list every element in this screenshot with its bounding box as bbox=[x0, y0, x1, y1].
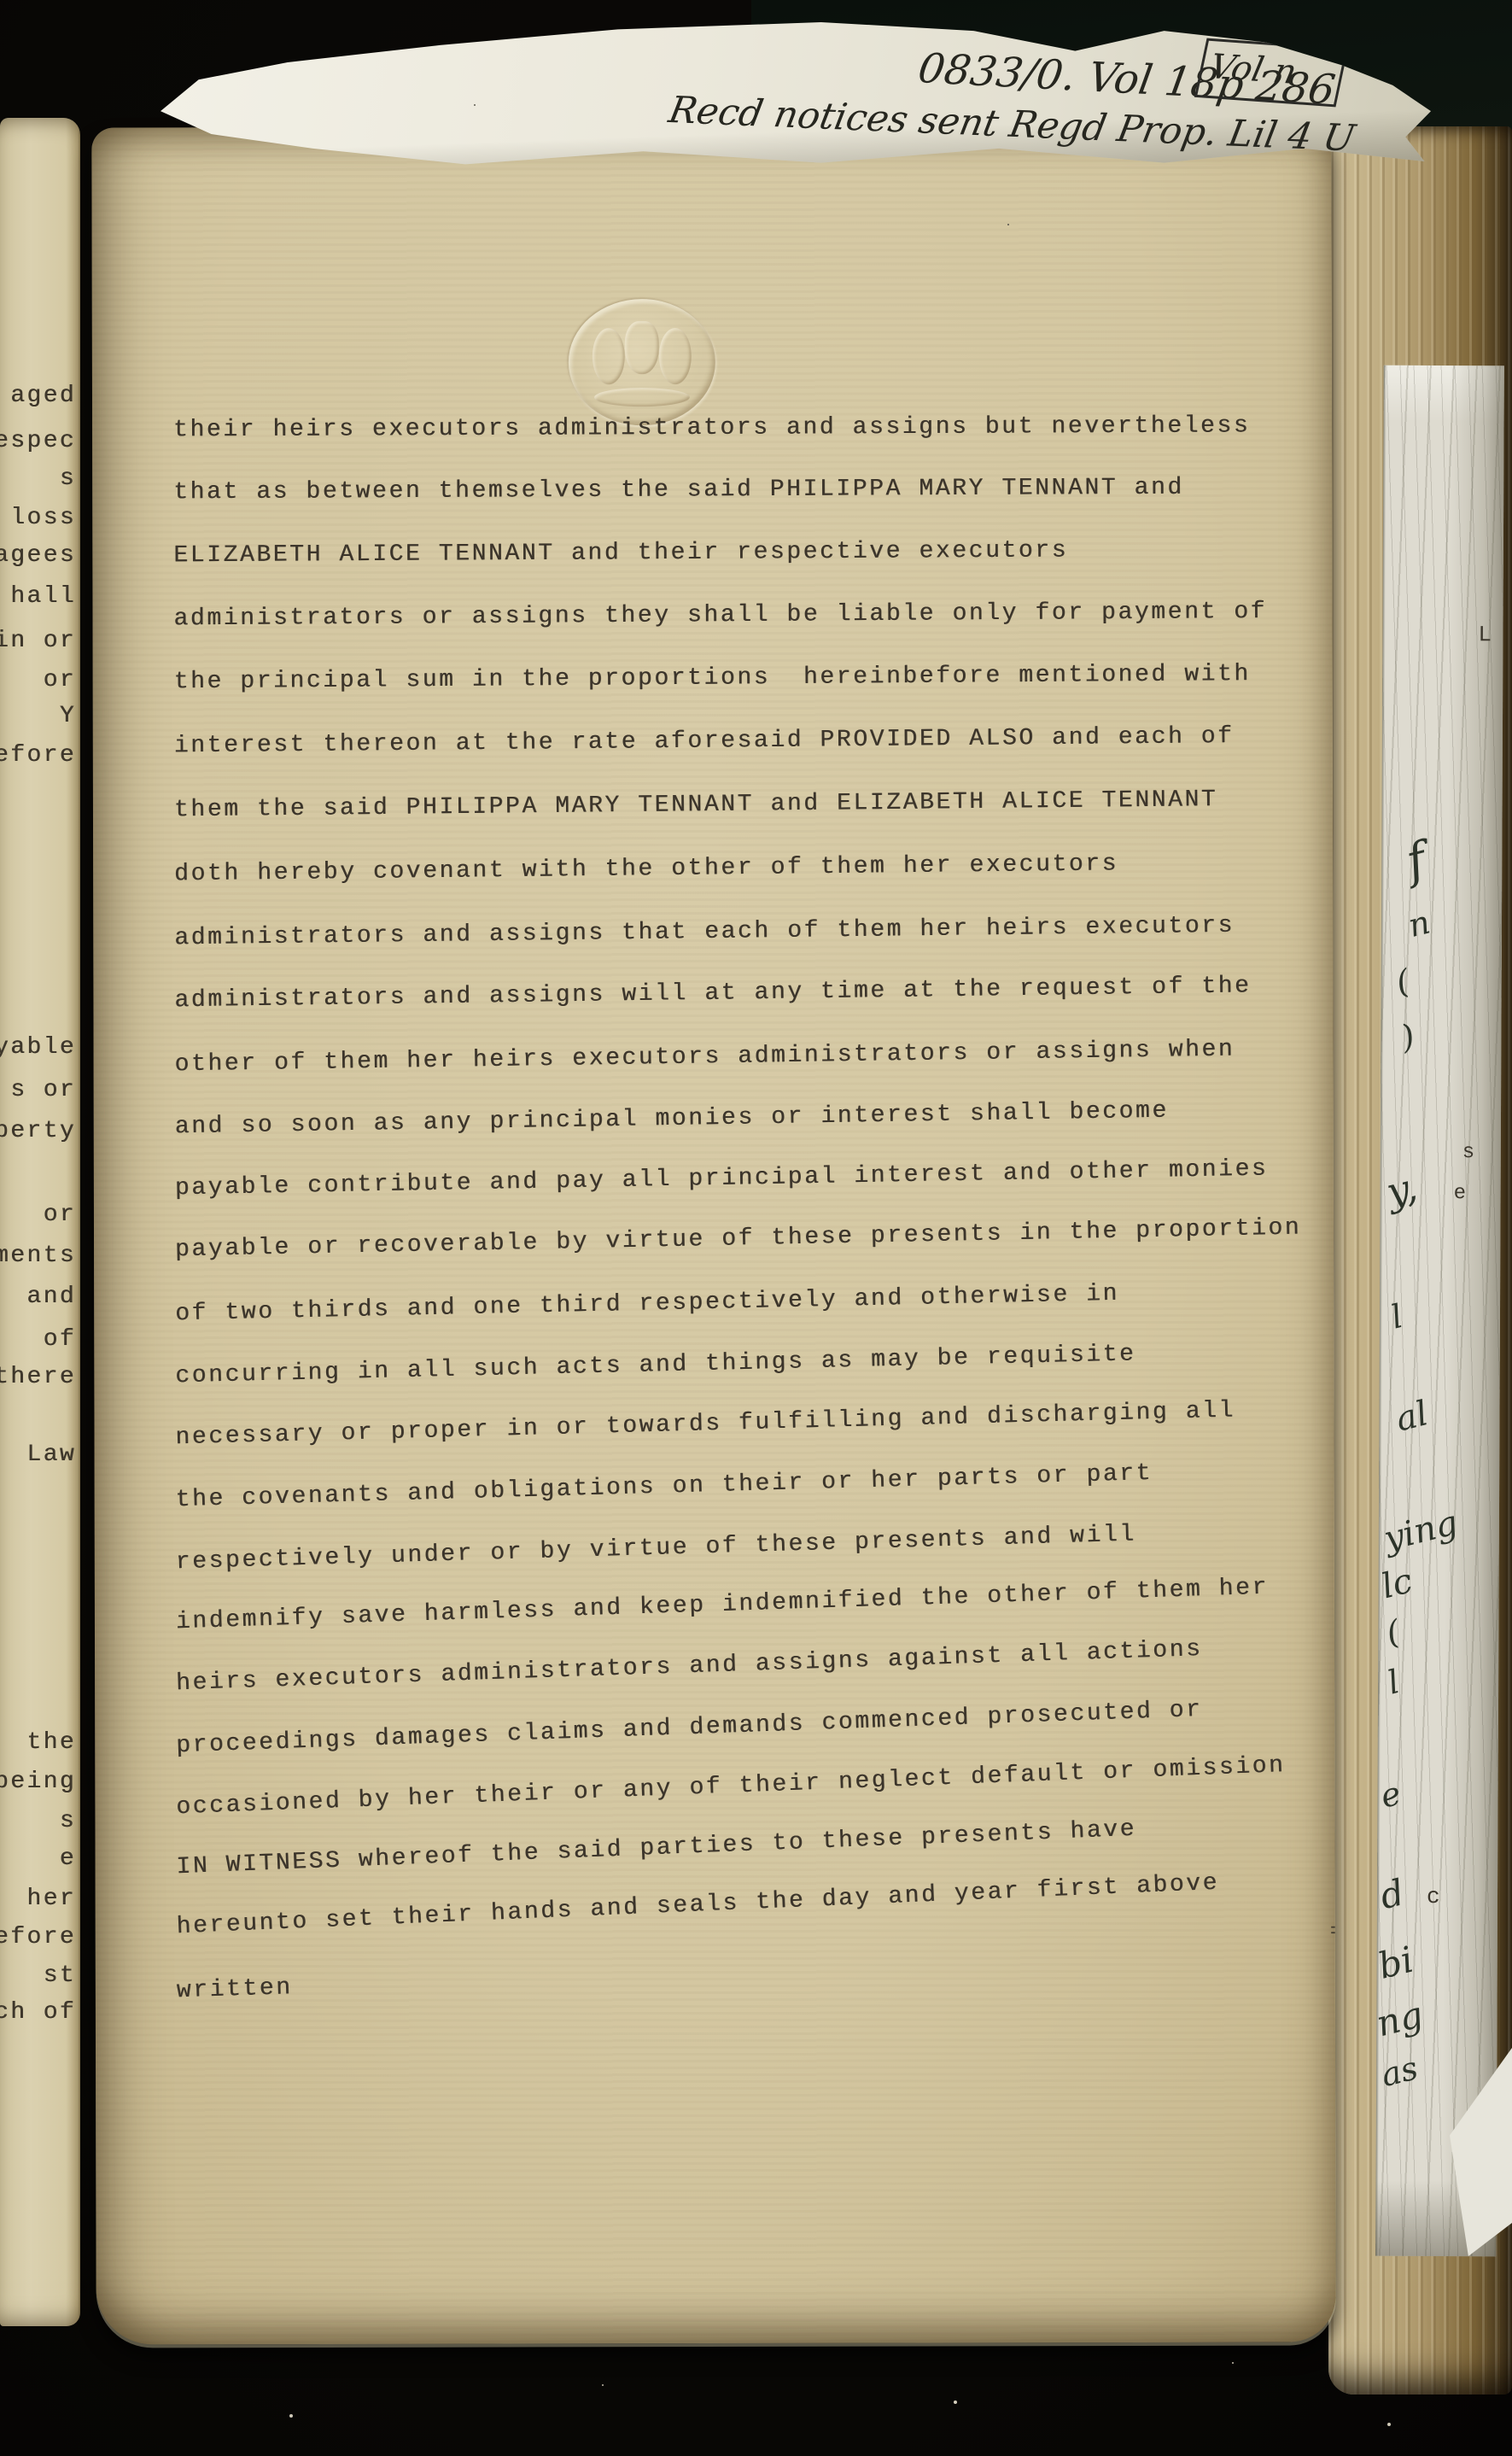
left-page-edge: aged respec s loss tgagees hall in or or… bbox=[0, 118, 80, 2326]
margin-fragment: aged bbox=[10, 383, 76, 409]
margin-fragment: in or bbox=[0, 628, 76, 654]
margin-fragment: ( bbox=[1392, 962, 1414, 1002]
margin-fragment: ch of bbox=[0, 1999, 76, 2026]
dust-specks bbox=[0, 0, 2, 2]
margin-fragment: s bbox=[60, 1808, 76, 1834]
margin-fragment: l bbox=[1384, 1663, 1403, 1702]
typed-line: respectively under or by virtue of these… bbox=[175, 1522, 1136, 1576]
margin-fragment: lc bbox=[1378, 1561, 1416, 1606]
margin-fragment: y, bbox=[1382, 1163, 1422, 1215]
margin-fragment: hall bbox=[10, 583, 76, 610]
seal-base-scroll bbox=[594, 388, 690, 406]
typed-line: payable or recoverable by virtue of thes… bbox=[175, 1215, 1302, 1264]
typed-line: heirs executors administrators and assig… bbox=[176, 1636, 1203, 1697]
margin-fragment: respec bbox=[0, 428, 76, 454]
margin-fragment: nbefore bbox=[0, 1924, 76, 1950]
seal-left-supporter bbox=[593, 328, 625, 384]
typed-line: written bbox=[176, 1974, 293, 2004]
margin-fragment: ayable bbox=[0, 1034, 76, 1061]
margin-fragment: ying bbox=[1381, 1503, 1462, 1558]
typed-line: administrators or assigns they shall be … bbox=[173, 599, 1267, 632]
margin-fragment: bi bbox=[1374, 1938, 1417, 1987]
margin-fragment: st bbox=[44, 1962, 76, 1989]
seal-shield bbox=[625, 321, 659, 374]
margin-fragment: e bbox=[1454, 1182, 1467, 1205]
margin-fragment: n bbox=[1404, 903, 1433, 945]
annotation-scrap: 0833/0. Vol 18p 286 Vol n Recd notices s… bbox=[161, 22, 1431, 166]
margin-fragment: as bbox=[1377, 2049, 1421, 2094]
margin-fragment: Y bbox=[60, 703, 76, 729]
document-page: their heirs executors administrators and… bbox=[91, 125, 1335, 2344]
typed-line: the principal sum in the proportions her… bbox=[174, 661, 1251, 695]
margin-fragment: operty bbox=[0, 1118, 76, 1144]
margin-fragment: the bbox=[26, 1729, 76, 1756]
margin-fragment: al bbox=[1392, 1394, 1433, 1439]
typed-line: doth hereby covenant with the other of t… bbox=[174, 851, 1118, 887]
typed-line: of two thirds and one third respectively… bbox=[175, 1281, 1119, 1328]
margin-fragment: = bbox=[1330, 1918, 1336, 1944]
typed-line: the covenants and obligations on their o… bbox=[175, 1460, 1153, 1513]
margin-fragment: ng bbox=[1372, 1993, 1427, 2044]
margin-fragment: or bbox=[44, 1202, 76, 1228]
typed-line: and so soon as any principal monies or i… bbox=[174, 1098, 1169, 1141]
margin-fragment: ) bbox=[1397, 1017, 1418, 1056]
margin-fragment: Law bbox=[26, 1441, 76, 1468]
typed-line: IN WITNESS whereof the said parties to t… bbox=[176, 1816, 1137, 1881]
margin-fragment: c bbox=[1427, 1884, 1440, 1909]
margin-fragment: d bbox=[1376, 1871, 1409, 1917]
margin-fragment: e bbox=[1377, 1775, 1404, 1816]
typed-line: that as between themselves the said PHIL… bbox=[173, 475, 1184, 506]
margin-fragment: there bbox=[0, 1364, 76, 1390]
margin-fragment: taments bbox=[0, 1243, 76, 1269]
margin-fragment: her bbox=[26, 1886, 76, 1912]
margin-fragment: f bbox=[1401, 832, 1432, 890]
margin-fragment: l bbox=[1387, 1297, 1406, 1336]
embossed-coat-of-arms-seal bbox=[569, 299, 715, 425]
margin-fragment: s bbox=[60, 465, 76, 492]
margin-fragment: being bbox=[0, 1769, 76, 1795]
margin-fragment: of bbox=[44, 1326, 76, 1353]
margin-fragment: s or bbox=[10, 1077, 76, 1103]
annotation-vol-box-label: Vol n bbox=[1206, 47, 1300, 91]
folded-document-edge: L f n ( ) s y, e l al ying lc ( l e d c … bbox=[1375, 365, 1504, 2257]
typed-line: proceedings damages claims and demands c… bbox=[176, 1697, 1203, 1759]
typed-line: indemnify save harmless and keep indemni… bbox=[175, 1575, 1269, 1636]
margin-fragment: before bbox=[0, 742, 76, 769]
typed-line: hereunto set their hands and seals the d… bbox=[176, 1870, 1220, 1941]
typed-line: payable contribute and pay all principal… bbox=[175, 1156, 1269, 1202]
typed-line: other of them her heirs executors admini… bbox=[174, 1037, 1235, 1079]
margin-fragment: s bbox=[1462, 1141, 1475, 1164]
typed-line: occasioned by her their or any of their … bbox=[176, 1752, 1286, 1821]
margin-fragment: e bbox=[60, 1845, 76, 1872]
typed-line: concurring in all such acts and things a… bbox=[175, 1341, 1136, 1389]
margin-fragment: L bbox=[1478, 622, 1492, 647]
margin-fragment: tgagees bbox=[0, 542, 76, 569]
typed-line: them the said PHILIPPA MARY TENNANT and … bbox=[174, 787, 1218, 823]
margin-fragment: loss bbox=[10, 505, 76, 531]
typed-line: necessary or proper in or towards fulfil… bbox=[175, 1397, 1235, 1451]
typed-line: interest thereon at the rate aforesaid P… bbox=[174, 723, 1235, 759]
margin-fragment: and bbox=[26, 1284, 76, 1310]
margin-fragment: ( bbox=[1382, 1613, 1404, 1652]
typed-line: administrators and assigns that each of … bbox=[174, 913, 1235, 952]
typed-line: administrators and assigns will at any t… bbox=[174, 973, 1251, 1014]
typed-line: ELIZABETH ALICE TENNANT and their respec… bbox=[173, 537, 1068, 569]
margin-fragment: or bbox=[44, 667, 76, 693]
seal-right-supporter bbox=[659, 328, 692, 384]
typed-line: their heirs executors administrators and… bbox=[173, 412, 1250, 443]
